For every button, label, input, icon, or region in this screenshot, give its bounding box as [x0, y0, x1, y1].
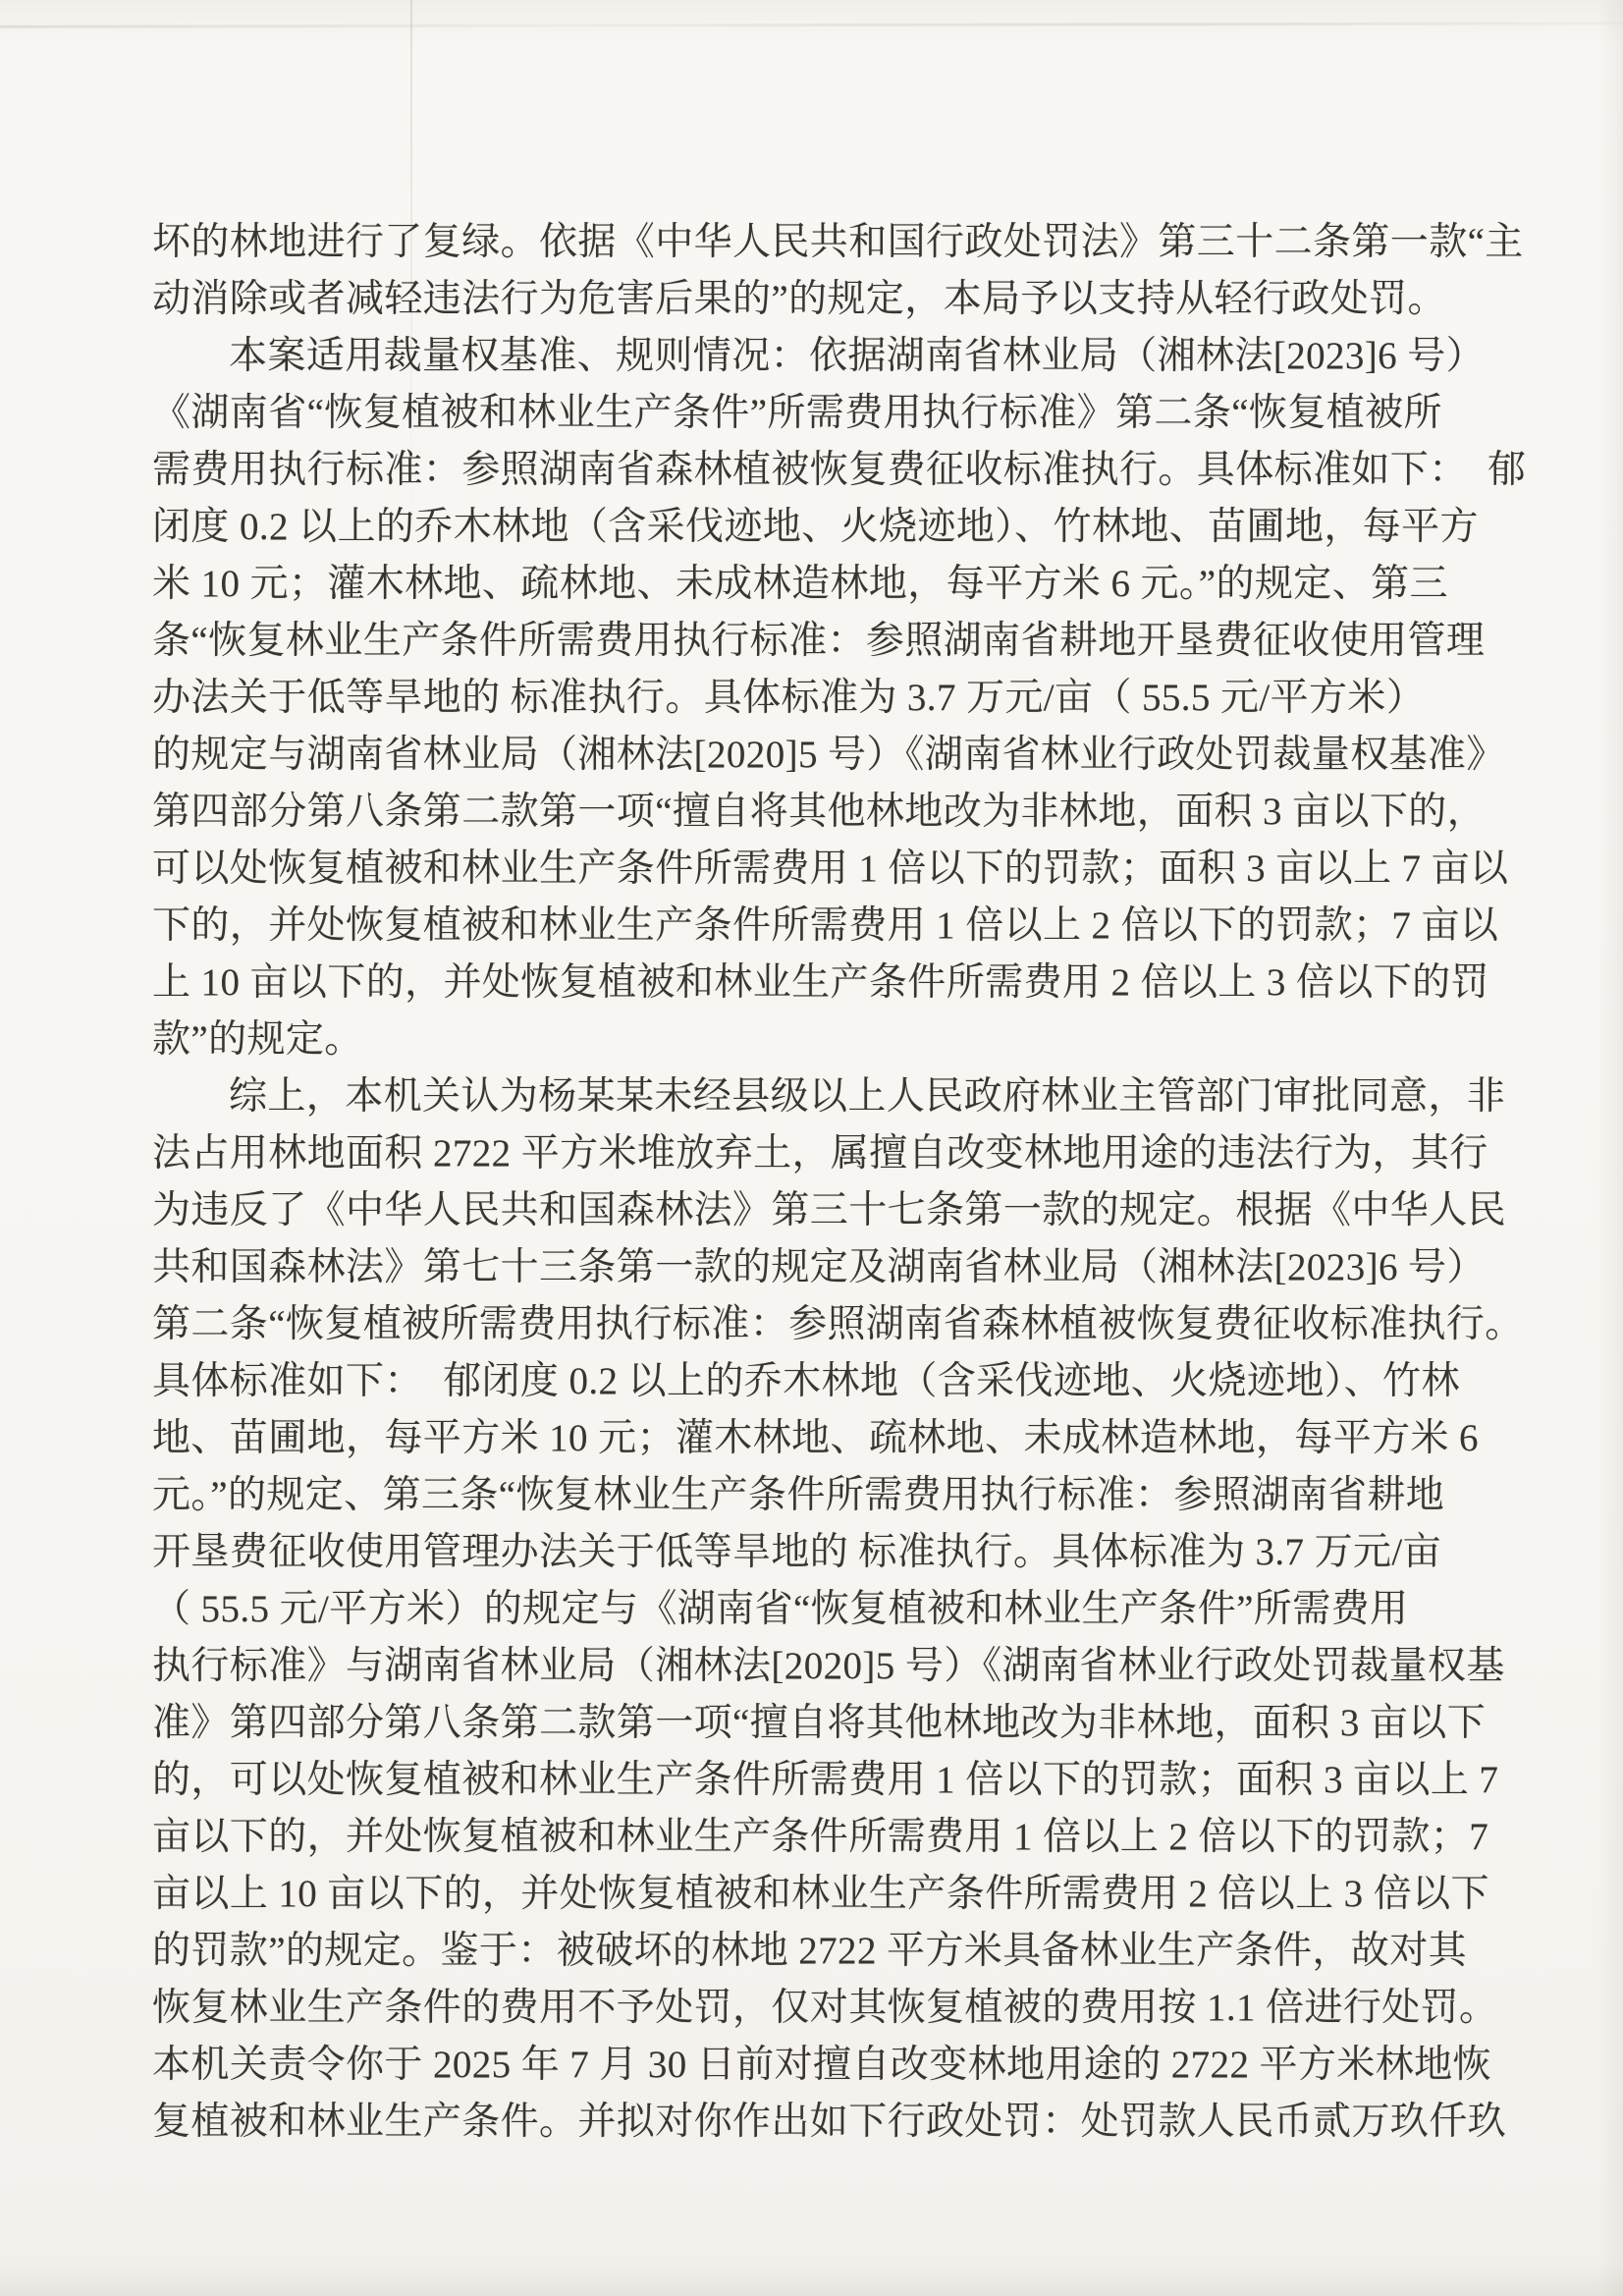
text-line: 款”的规定。 — [152, 1011, 1539, 1068]
text-line: 的，可以处恢复植被和林业生产条件所需费用 1 倍以下的罚款；面积 3 亩以上 7 — [152, 1752, 1539, 1809]
text-line: 亩以下的，并处恢复植被和林业生产条件所需费用 1 倍以上 2 倍以下的罚款；7 — [152, 1809, 1539, 1866]
text-line: 共和国森林法》第七十三条第一款的规定及湖南省林业局（湘林法[2023]6 号） — [152, 1239, 1539, 1296]
text-line: 条“恢复林业生产条件所需费用执行标准：参照湖南省耕地开垦费征收使用管理 — [152, 613, 1539, 670]
text-line: 本机关责令你于 2025 年 7 月 30 日前对擅自改变林地用途的 2722 … — [152, 2037, 1539, 2094]
text-line: 《湖南省“恢复植被和林业生产条件”所需费用执行标准》第二条“恢复植被所 — [152, 385, 1539, 442]
text-line: 第二条“恢复植被所需费用执行标准：参照湖南省森林植被恢复费征收标准执行。 — [152, 1296, 1539, 1353]
text-line-paragraph-start: 本案适用裁量权基准、规则情况：依据湖南省林业局（湘林法[2023]6 号） — [152, 328, 1539, 385]
text-line: 具体标准如下： 郁闭度 0.2 以上的乔木林地（含采伐迹地、火烧迹地）、竹林 — [152, 1353, 1539, 1410]
text-line: 下的，并处恢复植被和林业生产条件所需费用 1 倍以上 2 倍以下的罚款；7 亩以 — [152, 898, 1539, 955]
text-line: 元。”的规定、第三条“恢复林业生产条件所需费用执行标准：参照湖南省耕地 — [152, 1467, 1539, 1524]
text-line: （ 55.5 元/平方米）的规定与《湖南省“恢复植被和林业生产条件”所需费用 — [152, 1581, 1539, 1638]
text-line: 的规定与湖南省林业局（湘林法[2020]5 号）《湖南省林业行政处罚裁量权基准》 — [152, 727, 1539, 784]
text-line: 第四部分第八条第二款第一项“擅自将其他林地改为非林地，面积 3 亩以下的， — [152, 784, 1539, 841]
paper-top-edge-artifact — [0, 22, 1623, 27]
text-line: 可以处恢复植被和林业生产条件所需费用 1 倍以下的罚款；面积 3 亩以上 7 亩… — [152, 841, 1539, 898]
text-line: 坏的林地进行了复绿。依据《中华人民共和国行政处罚法》第三十二条第一款“主 — [152, 214, 1539, 271]
text-line: 闭度 0.2 以上的乔木林地（含采伐迹地、火烧迹地）、竹林地、苗圃地，每平方 — [152, 499, 1539, 556]
text-line: 地、苗圃地，每平方米 10 元；灌木林地、疏林地、未成林造林地，每平方米 6 — [152, 1410, 1539, 1467]
text-line: 开垦费征收使用管理办法关于低等旱地的 标准执行。具体标准为 3.7 万元/亩 — [152, 1524, 1539, 1581]
text-line-paragraph-start: 综上，本机关认为杨某某未经县级以上人民政府林业主管部门审批同意，非 — [152, 1068, 1539, 1125]
scanned-page: 坏的林地进行了复绿。依据《中华人民共和国行政处罚法》第三十二条第一款“主 动消除… — [0, 0, 1623, 2296]
text-line: 的罚款”的规定。鉴于：被破坏的林地 2722 平方米具备林业生产条件，故对其 — [152, 1923, 1539, 1980]
paper-right-edge-shade — [1597, 0, 1623, 2296]
text-line: 办法关于低等旱地的 标准执行。具体标准为 3.7 万元/亩（ 55.5 元/平方… — [152, 670, 1539, 727]
text-line: 复植被和林业生产条件。并拟对你作出如下行政处罚：处罚款人民币贰万玖仟玖 — [152, 2094, 1539, 2151]
text-line: 法占用林地面积 2722 平方米堆放弃土，属擅自改变林地用途的违法行为，其行 — [152, 1125, 1539, 1182]
text-line: 需费用执行标准：参照湖南省森林植被恢复费征收标准执行。具体标准如下： 郁 — [152, 442, 1539, 499]
text-line: 上 10 亩以下的，并处恢复植被和林业生产条件所需费用 2 倍以上 3 倍以下的… — [152, 955, 1539, 1011]
text-line: 准》第四部分第八条第二款第一项“擅自将其他林地改为非林地，面积 3 亩以下 — [152, 1695, 1539, 1752]
text-line: 动消除或者减轻违法行为危害后果的”的规定，本局予以支持从轻行政处罚。 — [152, 271, 1539, 328]
text-line: 恢复林业生产条件的费用不予处罚，仅对其恢复植被的费用按 1.1 倍进行处罚。 — [152, 1980, 1539, 2037]
document-text: 坏的林地进行了复绿。依据《中华人民共和国行政处罚法》第三十二条第一款“主 动消除… — [152, 214, 1539, 2151]
text-line: 亩以上 10 亩以下的，并处恢复植被和林业生产条件所需费用 2 倍以上 3 倍以… — [152, 1866, 1539, 1923]
paper-bottom-edge-shade — [0, 2267, 1623, 2296]
text-line: 米 10 元；灌木林地、疏林地、未成林造林地，每平方米 6 元。”的规定、第三 — [152, 556, 1539, 613]
text-line: 为违反了《中华人民共和国森林法》第三十七条第一款的规定。根据《中华人民 — [152, 1182, 1539, 1239]
text-line: 执行标准》与湖南省林业局（湘林法[2020]5 号）《湖南省林业行政处罚裁量权基 — [152, 1638, 1539, 1695]
